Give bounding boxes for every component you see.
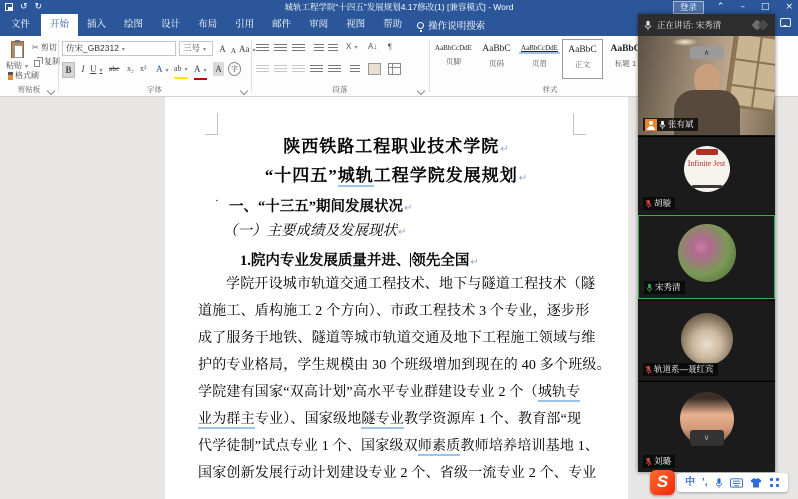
- font-color-button[interactable]: A: [194, 62, 207, 80]
- collapse-panel-button[interactable]: ∧: [690, 46, 724, 59]
- ime-skin-icon[interactable]: [750, 477, 762, 488]
- format-painter-button[interactable]: 格式刷: [8, 70, 39, 81]
- style-pagenumber[interactable]: AaBbC 页码: [476, 39, 517, 79]
- participant-name-label: 胡璇: [643, 197, 675, 210]
- restore-icon[interactable]: □: [758, 0, 773, 14]
- document-page[interactable]: 陕西铁路工程职业技术学院↵ “十四五”城轨工程学院发展规划↵ · 一、“十三五”…: [165, 97, 628, 499]
- participant-name-label: 宋秀清: [644, 281, 685, 294]
- bullets-icon[interactable]: [256, 42, 269, 54]
- sogou-logo-icon[interactable]: S: [650, 470, 675, 495]
- text-effects-button[interactable]: A: [156, 62, 169, 78]
- close-icon[interactable]: ×: [782, 0, 796, 14]
- subscript-button[interactable]: x₂: [127, 62, 134, 76]
- align-center-icon[interactable]: [274, 63, 287, 75]
- copy-button[interactable]: 复制: [32, 56, 60, 67]
- doc-body-line: 学院开设城市轨道交通工程技术、地下与隧道工程技术（隧: [198, 271, 575, 298]
- doc-body-line: 成了服务于地铁、隧道等城市轨道交通及地下工程施工领域与维: [198, 325, 575, 352]
- copy-icon: [34, 60, 40, 67]
- cut-button[interactable]: ✂剪切: [32, 42, 57, 53]
- doc-title-line2: “十四五”城轨工程学院发展规划↵: [165, 161, 628, 186]
- participant-tile[interactable]: 轨道系—聂红宾: [638, 300, 775, 380]
- numbering-icon[interactable]: [274, 42, 287, 54]
- style-normal[interactable]: AaBbC 正文: [562, 39, 603, 79]
- participant-tile[interactable]: ∨ 刘璐: [638, 381, 775, 472]
- ime-keyboard-icon[interactable]: [730, 478, 743, 488]
- italic-button[interactable]: I: [78, 62, 88, 76]
- doc-body-line: 代学徒制”试点专业 1 个、国家级双师素质教师培养培训基地 1、: [198, 433, 575, 460]
- scroll-down-participants-button[interactable]: ∨: [690, 430, 724, 446]
- tab-layout[interactable]: 布局: [189, 14, 226, 36]
- minimize-icon[interactable]: –: [737, 0, 748, 14]
- tab-help[interactable]: 帮助: [374, 14, 411, 36]
- shrink-font-button[interactable]: A: [229, 44, 238, 58]
- speaking-status-text: 正在讲话: 宋秀清: [657, 19, 721, 31]
- tab-draw[interactable]: 绘图: [115, 14, 152, 36]
- lightbulb-icon: [417, 22, 424, 29]
- paragraph-group-label: 段落: [252, 84, 428, 95]
- tab-references[interactable]: 引用: [226, 14, 263, 36]
- multilevel-list-icon[interactable]: [292, 42, 305, 54]
- participant-name-label: 轨道系—聂红宾: [643, 363, 718, 376]
- doc-body-line: 国家创新发展行动计划建设专业 2 个、省级一流专业 2 个、专业: [198, 460, 575, 487]
- doc-title-line1: 陕西铁路工程职业技术学院↵: [165, 132, 628, 157]
- ime-mode-toggle[interactable]: 中: [685, 473, 695, 492]
- tab-home[interactable]: 开始: [41, 14, 78, 36]
- participant-avatar: [678, 224, 736, 282]
- doc-heading-2: （一）主要成绩及发展现状↵: [223, 219, 406, 240]
- borders-icon[interactable]: [388, 63, 401, 75]
- microphone-icon: [644, 20, 652, 31]
- tab-file[interactable]: 文件: [0, 14, 41, 36]
- increase-indent-icon[interactable]: [328, 42, 338, 54]
- align-right-icon[interactable]: [292, 63, 305, 75]
- sort-icon[interactable]: A↓: [368, 42, 377, 51]
- show-marks-icon[interactable]: ¶: [388, 42, 392, 51]
- speaking-status-bar: 正在讲话: 宋秀清: [638, 14, 775, 36]
- grow-font-button[interactable]: A: [217, 42, 228, 56]
- asian-layout-icon[interactable]: X: [346, 42, 357, 51]
- bold-button[interactable]: B: [62, 62, 75, 78]
- mic-muted-icon: [645, 457, 652, 467]
- character-shading-button[interactable]: A: [213, 62, 224, 76]
- line-spacing-icon[interactable]: [350, 63, 360, 75]
- mic-muted-icon: [645, 199, 652, 209]
- enclose-characters-button[interactable]: 字: [228, 62, 241, 76]
- doc-body-line: 学院建有国家“双高计划”高水平专业群建设专业 2 个（城轨专: [198, 379, 575, 406]
- participant-name-label: 刘璐: [643, 455, 675, 468]
- distribute-icon[interactable]: [328, 63, 341, 75]
- meeting-panel: 正在讲话: 宋秀清 ∧ 张有斌 Infinite Jest: [638, 14, 775, 472]
- clipboard-group: 粘贴 ✂剪切 复制 格式刷 剪贴板: [0, 36, 58, 97]
- tab-insert[interactable]: 插入: [78, 14, 115, 36]
- superscript-button[interactable]: x²: [140, 62, 146, 76]
- shading-icon[interactable]: [368, 63, 381, 75]
- comments-icon[interactable]: [780, 18, 791, 27]
- participant-tile-video[interactable]: ∧ 张有斌: [638, 36, 775, 135]
- font-name-combo[interactable]: 仿宋_GB2312: [62, 41, 176, 56]
- tab-review[interactable]: 审阅: [300, 14, 337, 36]
- paragraph-group: X A↓ ¶ 段落: [252, 36, 428, 97]
- justify-icon[interactable]: [310, 63, 323, 75]
- font-group: 仿宋_GB2312 三号 A A Aa B I U abc x₂ x² A ab…: [59, 36, 250, 97]
- participant-name-label: 张有斌: [643, 118, 698, 131]
- style-header[interactable]: AaBbCcDdE 页眉: [519, 39, 560, 79]
- decrease-indent-icon[interactable]: [314, 42, 324, 54]
- underline-button[interactable]: U: [90, 62, 103, 78]
- paragraph-bullet: ·: [215, 195, 219, 207]
- doc-body-line: 护的专业格局，学生规模由 30 个班级增加到现在的 40 多个班级。: [198, 352, 575, 379]
- format-painter-icon: [8, 72, 13, 80]
- ime-voice-icon[interactable]: [715, 477, 723, 489]
- participant-avatar: Infinite Jest: [684, 146, 730, 192]
- tab-mailings[interactable]: 邮件: [263, 14, 300, 36]
- font-size-combo[interactable]: 三号: [179, 41, 213, 56]
- mic-on-icon: [659, 120, 666, 130]
- doc-body-line: 道施工、盾构施工 2 个方向）、市政工程技术 3 个专业，逐步形: [198, 298, 575, 325]
- style-footer[interactable]: AaBbCcDdE 页脚: [433, 39, 474, 79]
- title-bar: ↺ ↻ 城轨工程学院“十四五”发展规划4.17修改(1) [兼容模式] - Wo…: [0, 0, 798, 14]
- highlight-color-button[interactable]: ab: [174, 62, 188, 79]
- meeting-app-logo-icon: [751, 19, 769, 31]
- mic-active-icon: [646, 283, 653, 293]
- ime-toolbox-icon[interactable]: [769, 477, 780, 488]
- doc-body: 学院开设城市轨道交通工程技术、地下与隧道工程技术（隧 道施工、盾构施工 2 个方…: [198, 271, 575, 487]
- participant-tile[interactable]: Infinite Jest 胡璇: [638, 136, 775, 214]
- login-button[interactable]: 登录: [673, 1, 704, 14]
- tab-design[interactable]: 设计: [152, 14, 189, 36]
- doc-heading-1: 一、“十三五”期间发展状况↵: [229, 195, 412, 216]
- doc-heading-3: 1.院内专业发展质量并进、领先全国↵: [240, 249, 479, 270]
- font-group-label: 字体: [59, 84, 250, 95]
- ribbon-options-icon[interactable]: ⌃: [714, 0, 728, 14]
- paste-icon: [11, 41, 24, 58]
- participant-avatar: [681, 313, 733, 365]
- tab-view[interactable]: 视图: [337, 14, 374, 36]
- participant-tile-speaking[interactable]: 宋秀清: [638, 215, 775, 299]
- tell-me-search[interactable]: 操作说明搜索: [411, 14, 491, 36]
- strikethrough-button[interactable]: abc: [109, 62, 119, 76]
- avatar-icon: [645, 119, 657, 131]
- ime-toolbar: S 中 ’,: [650, 470, 788, 495]
- word-window: ↺ ↻ 城轨工程学院“十四五”发展规划4.17修改(1) [兼容模式] - Wo…: [0, 0, 798, 499]
- mic-muted-icon: [645, 365, 652, 375]
- cut-icon: ✂: [32, 43, 39, 52]
- ime-punctuation-toggle[interactable]: ’,: [702, 473, 708, 492]
- styles-group-label: 样式: [430, 84, 670, 95]
- doc-body-line: 业为群主专业）、国家级地隧专业教学资源库 1 个、教育部“现: [198, 406, 575, 433]
- align-left-icon[interactable]: [256, 63, 269, 75]
